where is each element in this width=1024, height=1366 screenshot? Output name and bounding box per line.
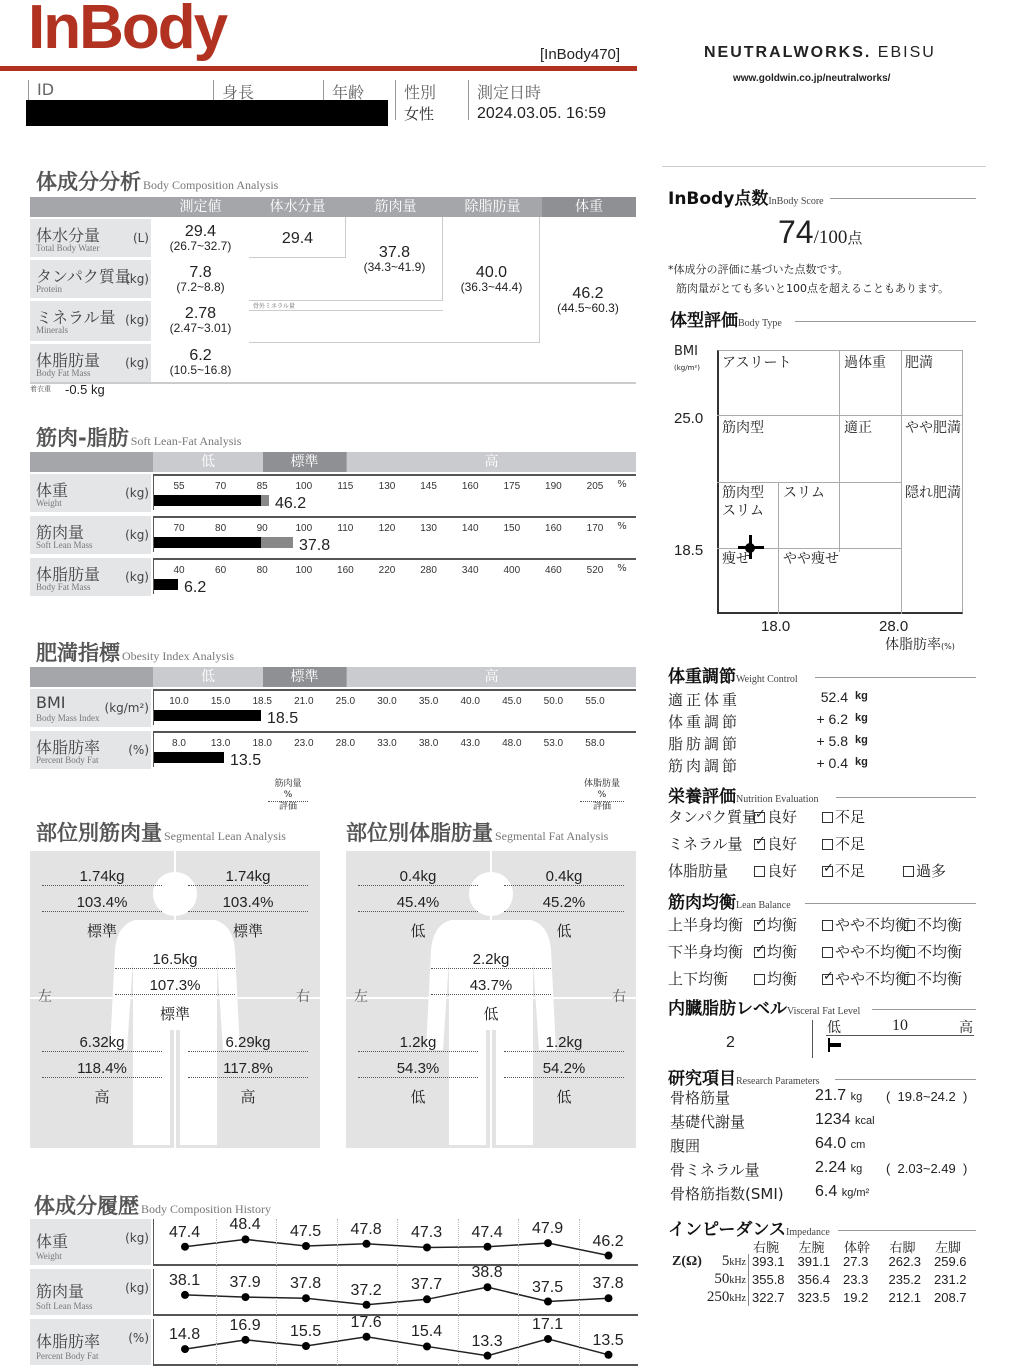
datetime-field: 測定日時2024.03.05. 16:59 bbox=[468, 80, 638, 120]
seg-la-kg: 1.74kg bbox=[42, 868, 162, 886]
history-point-label: 13.5 bbox=[593, 1332, 624, 1350]
tick-label: 18.5 bbox=[252, 696, 271, 707]
balance-title: 筋肉均衡Lean Balance bbox=[668, 888, 791, 913]
bca-title: 体成分分析Body Composition Analysis bbox=[36, 166, 278, 196]
seg-rl-kg: 6.29kg bbox=[188, 1034, 308, 1052]
device-model: [InBody470] bbox=[540, 46, 620, 63]
checkbox-icon bbox=[754, 866, 765, 877]
tick-label: 18.0 bbox=[252, 738, 271, 749]
clothes-label: 着衣重 bbox=[30, 384, 51, 394]
seg-rl-pct: 54.2% bbox=[504, 1060, 624, 1078]
band-low: 低 bbox=[153, 452, 263, 472]
history-point-label: 38.1 bbox=[169, 1272, 200, 1290]
history-point-label: 14.8 bbox=[169, 1326, 200, 1344]
bar-value: 37.8 bbox=[299, 537, 330, 555]
tick-label: 130 bbox=[379, 481, 396, 492]
checkbox-icon bbox=[904, 920, 915, 931]
visceral-value: 2 bbox=[726, 1034, 735, 1052]
history-point-label: 15.5 bbox=[290, 1323, 321, 1341]
seg-rl-kg: 1.2kg bbox=[504, 1034, 624, 1052]
checkbox-icon bbox=[904, 947, 915, 958]
impedance-value: 23.3 bbox=[843, 1272, 868, 1287]
tick-label: 13.0 bbox=[211, 738, 230, 749]
tick-label: 58.0 bbox=[585, 738, 604, 749]
research-value: 21.7 kg bbox=[815, 1087, 862, 1105]
tick-label: 48.0 bbox=[502, 738, 521, 749]
protein-value: 7.8(7.2~8.8) bbox=[153, 265, 248, 295]
obesity-title: 肥満指標Obesity Index Analysis bbox=[36, 637, 234, 667]
impedance-value: 212.1 bbox=[889, 1290, 922, 1305]
tick-label: 43.0 bbox=[460, 738, 479, 749]
balance-checkbox[interactable]: 不均衡 bbox=[904, 941, 962, 962]
research-value: 1234 kcal bbox=[815, 1111, 875, 1129]
history-point-label: 47.4 bbox=[169, 1224, 200, 1242]
nutrition-label: 体脂肪量 bbox=[668, 860, 728, 881]
bodytype-cell: 肥満 bbox=[905, 354, 933, 372]
tick-label: 38.0 bbox=[419, 738, 438, 749]
weight-col-value: 46.2(44.5~60.3) bbox=[540, 286, 636, 316]
tick-label: 70 bbox=[215, 481, 226, 492]
bodytype-cell: 隠れ肥満 bbox=[905, 484, 961, 502]
seg-tr-pct: 107.3% bbox=[115, 977, 235, 995]
history-point-label: 17.6 bbox=[351, 1314, 382, 1332]
tbw-value: 29.4(26.7~32.7) bbox=[153, 224, 248, 254]
seg-ra-eval: 低 bbox=[504, 920, 624, 941]
tick-label: 28.0 bbox=[336, 738, 355, 749]
tick-label: 85 bbox=[257, 481, 268, 492]
freq-label: 50kHz bbox=[690, 1271, 746, 1288]
bodytype-cell: 筋肉型 bbox=[722, 419, 764, 437]
wc-label: 筋肉調節 bbox=[668, 755, 740, 776]
history-row-label: 体重Weight(kg) bbox=[30, 1219, 151, 1265]
checkbox-icon bbox=[822, 839, 833, 850]
history-point-label: 15.4 bbox=[411, 1323, 442, 1341]
nutrition-label: ミネラル量 bbox=[668, 833, 743, 854]
history-point-label: 37.5 bbox=[532, 1279, 563, 1297]
checkbox-icon bbox=[904, 974, 915, 985]
clothes-value: -0.5 kg bbox=[65, 382, 105, 397]
history-point-label: 13.3 bbox=[472, 1333, 503, 1351]
impedance-value: 27.3 bbox=[843, 1254, 868, 1269]
balance-label: 上半身均衡 bbox=[668, 914, 743, 935]
seg-la-eval: 標準 bbox=[42, 920, 162, 941]
left-label: 左 bbox=[38, 986, 52, 1006]
tick-label: 460 bbox=[545, 565, 562, 576]
tick-label: 90 bbox=[257, 523, 268, 534]
wc-label: 適正体重 bbox=[668, 689, 740, 710]
history-point-label: 37.7 bbox=[411, 1276, 442, 1294]
research-label: 基礎代謝量 bbox=[670, 1111, 745, 1132]
bca-row-minerals: ミネラル量Minerals(kg) bbox=[30, 301, 151, 341]
band-high: 高 bbox=[347, 667, 636, 687]
bar-value: 6.2 bbox=[184, 579, 206, 597]
tick-label: 120 bbox=[379, 523, 396, 534]
research-label: 腹囲 bbox=[670, 1135, 700, 1156]
header-divider bbox=[0, 66, 637, 71]
tick-label: 21.0 bbox=[294, 696, 313, 707]
bmi-axis-label: BMI bbox=[674, 344, 698, 359]
seg-ll-eval: 低 bbox=[358, 1086, 478, 1107]
checkbox-icon bbox=[754, 974, 765, 985]
brand-name: NEUTRALWORKS. EBISU bbox=[704, 44, 936, 62]
col-measured: 測定値 bbox=[153, 197, 248, 217]
seg-ll-eval: 高 bbox=[42, 1086, 162, 1107]
gender-field: 性別女性 bbox=[395, 80, 467, 120]
seg-rl-eval: 低 bbox=[504, 1086, 624, 1107]
history-point-label: 37.8 bbox=[290, 1275, 321, 1293]
band-normal: 標準 bbox=[263, 452, 346, 472]
obesity-row-label: 体脂肪率Percent Body Fat(%) bbox=[30, 731, 151, 769]
band-high: 高 bbox=[347, 452, 636, 472]
tick-label: 100 bbox=[295, 565, 312, 576]
impedance-value: 355.8 bbox=[752, 1272, 785, 1287]
balance-label: 上下均衡 bbox=[668, 968, 728, 989]
bca-row-tbw: 体水分量Total Body Water(L) bbox=[30, 219, 151, 257]
checkbox-icon bbox=[822, 947, 833, 958]
nutrition-checkbox[interactable]: 良好 bbox=[754, 860, 797, 881]
band-normal: 標準 bbox=[263, 667, 346, 687]
research-value: 6.4 kg/m² bbox=[815, 1183, 869, 1201]
tick-label: 340 bbox=[462, 565, 479, 576]
bodytype-cell: アスリート bbox=[722, 354, 791, 372]
bodytype-cell: 筋肉型 スリム bbox=[722, 484, 764, 520]
slf-row-label: 筋肉量Soft Lean Mass(kg) bbox=[30, 516, 151, 554]
nutrition-checkbox[interactable]: 不足 bbox=[822, 806, 865, 827]
research-title: 研究項目Research Parameters bbox=[668, 1064, 820, 1089]
value-bar bbox=[154, 710, 261, 721]
balance-checkbox[interactable]: 均衡 bbox=[754, 968, 797, 989]
balance-checkbox[interactable]: 不均衡 bbox=[904, 914, 962, 935]
seg-rl-pct: 117.8% bbox=[188, 1060, 308, 1078]
research-label: 骨格筋量 bbox=[670, 1087, 730, 1108]
checkbox-icon bbox=[903, 866, 914, 877]
col-ffm: 除脂肪量 bbox=[445, 197, 540, 217]
obesity-row-label: BMIBody Mass Index(kg/m²) bbox=[30, 689, 151, 727]
tick-label: 190 bbox=[545, 481, 562, 492]
value-bar bbox=[154, 495, 261, 506]
fat-value: 6.2(10.5~16.8) bbox=[153, 348, 248, 378]
impedance-value: 391.1 bbox=[798, 1254, 831, 1269]
bar-value: 13.5 bbox=[230, 752, 261, 770]
tick-label: 40.0 bbox=[460, 696, 479, 707]
tick-label: 33.0 bbox=[377, 738, 396, 749]
impedance-value: 231.2 bbox=[934, 1272, 967, 1287]
bodytype-title: 体型評価Body Type bbox=[670, 306, 782, 331]
history-point-label: 38.8 bbox=[472, 1264, 503, 1282]
bodytype-cell: スリム bbox=[783, 484, 825, 502]
impedance-value: 356.4 bbox=[798, 1272, 831, 1287]
bodytype-cell: 適正 bbox=[844, 419, 872, 437]
balance-checkbox[interactable]: 均衡 bbox=[754, 941, 797, 962]
bodyfat-axis-label: 体脂肪率(%) bbox=[885, 634, 955, 654]
right-label: 右 bbox=[612, 986, 626, 1006]
history-point-label: 48.4 bbox=[230, 1216, 261, 1234]
seg-ll-kg: 6.32kg bbox=[42, 1034, 162, 1052]
seg-la-eval: 低 bbox=[358, 920, 478, 941]
tick-label: 400 bbox=[503, 565, 520, 576]
seg-ra-pct: 45.2% bbox=[504, 894, 624, 912]
tick-label: 150 bbox=[503, 523, 520, 534]
research-label: 骨ミネラル量 bbox=[670, 1159, 760, 1180]
minerals-value: 2.78(2.47~3.01) bbox=[153, 306, 248, 336]
freq-label: 250kHz bbox=[690, 1289, 746, 1306]
seg-fat-title: 部位別体脂肪量Segmental Fat Analysis bbox=[346, 817, 608, 847]
bar-value: 46.2 bbox=[275, 495, 306, 513]
seg-tr-kg: 16.5kg bbox=[115, 951, 235, 969]
tick-label: 50.0 bbox=[544, 696, 563, 707]
weight_control-title: 体重調節Weight Control bbox=[668, 662, 798, 687]
bca-row-protein: タンパク質量Protein(kg) bbox=[30, 260, 151, 298]
history-point-label: 17.1 bbox=[532, 1316, 563, 1334]
tick-label: 115 bbox=[337, 481, 353, 492]
impedance-value: 393.1 bbox=[752, 1254, 785, 1269]
checkbox-icon bbox=[754, 920, 765, 931]
checkbox-icon bbox=[822, 812, 833, 823]
ffm-col-value: 40.0(36.3~44.4) bbox=[443, 265, 540, 295]
tick-label: 280 bbox=[420, 565, 437, 576]
tick-label: 80 bbox=[257, 565, 268, 576]
obesity-header: 低 標準 高 bbox=[30, 667, 636, 687]
checkbox-icon bbox=[754, 947, 765, 958]
tick-label: 100 bbox=[295, 523, 312, 534]
col-tbw: 体水分量 bbox=[250, 197, 345, 217]
tick-label: 520 bbox=[587, 565, 604, 576]
bodytype-cell: やや痩せ bbox=[783, 550, 839, 568]
tick-label: 15.0 bbox=[211, 696, 230, 707]
checkbox-icon bbox=[822, 920, 833, 931]
tick-label: 35.0 bbox=[419, 696, 438, 707]
tick-label: 40 bbox=[173, 565, 184, 576]
col-slm: 筋肉量 bbox=[348, 197, 443, 217]
seg-la-pct: 103.4% bbox=[42, 894, 162, 912]
tick-label: 175 bbox=[503, 481, 520, 492]
slf-row-label: 体脂肪量Body Fat Mass(kg) bbox=[30, 558, 151, 596]
history-point-label: 47.3 bbox=[411, 1224, 442, 1242]
nutrition-checkbox[interactable]: 良好 bbox=[754, 833, 797, 854]
seg-tr-kg: 2.2kg bbox=[431, 951, 551, 969]
visceral-title: 内臓脂肪レベルVisceral Fat Level bbox=[668, 994, 860, 1019]
tick-label: 100 bbox=[295, 481, 312, 492]
seg-ra-pct: 103.4% bbox=[188, 894, 308, 912]
seg-ra-kg: 0.4kg bbox=[504, 868, 624, 886]
score-title: InBody点数InBody Score bbox=[668, 184, 824, 209]
history-point-label: 47.5 bbox=[290, 1223, 321, 1241]
tick-label: 55.0 bbox=[585, 696, 604, 707]
inbody-logo: InBody bbox=[28, 0, 226, 63]
wc-value: 52.4 bbox=[780, 689, 848, 705]
research-value: 2.24 kg bbox=[815, 1159, 862, 1177]
wc-value: + 0.4 bbox=[780, 755, 848, 771]
nutrition-checkbox[interactable]: 不足 bbox=[822, 860, 865, 881]
tick-label: 140 bbox=[462, 523, 479, 534]
seg-rl-eval: 高 bbox=[188, 1086, 308, 1107]
brand-url: www.goldwin.co.jp/neutralworks/ bbox=[733, 73, 890, 84]
seg-tr-eval: 標準 bbox=[115, 1003, 235, 1024]
bar-value: 18.5 bbox=[267, 710, 298, 728]
bodytype-cell: 過体重 bbox=[844, 354, 886, 372]
seg-tr-pct: 43.7% bbox=[431, 977, 551, 995]
tick-label: 130 bbox=[420, 523, 437, 534]
balance-checkbox[interactable]: 均衡 bbox=[754, 914, 797, 935]
nutrition-label: タンパク質量 bbox=[668, 806, 757, 827]
tick-label: 55 bbox=[173, 481, 184, 492]
tick-label: 45.0 bbox=[502, 696, 521, 707]
slf-title: 筋肉-脂肪Soft Lean-Fat Analysis bbox=[36, 422, 241, 452]
tick-label: 80 bbox=[215, 523, 226, 534]
tick-label: 160 bbox=[462, 481, 479, 492]
tick-label: 160 bbox=[337, 565, 354, 576]
value-bar bbox=[154, 537, 261, 548]
fat-legend: 体脂肪量%評価 bbox=[580, 779, 624, 813]
tick-label: 70 bbox=[173, 523, 184, 534]
wc-label: 体重調節 bbox=[668, 711, 740, 732]
tick-label: 53.0 bbox=[544, 738, 563, 749]
slf-row-label: 体重Weight(kg) bbox=[30, 474, 151, 512]
score-value: 74/100点 bbox=[778, 214, 862, 251]
lean-legend: 筋肉量%評価 bbox=[268, 779, 308, 813]
right-label: 右 bbox=[296, 986, 310, 1006]
history-point-label: 47.4 bbox=[472, 1224, 503, 1242]
nutrition-checkbox[interactable]: 不足 bbox=[822, 833, 865, 854]
tick-label: 30.0 bbox=[377, 696, 396, 707]
tick-label: 23.0 bbox=[294, 738, 313, 749]
wc-value: + 6.2 bbox=[780, 711, 848, 727]
redacted-block bbox=[26, 100, 388, 126]
history-row-label: 体脂肪率Percent Body Fat(%) bbox=[30, 1319, 151, 1365]
impedance-value: 208.7 bbox=[934, 1290, 967, 1305]
nutrition-checkbox[interactable]: 過多 bbox=[903, 860, 946, 881]
research-label: 骨格筋指数(SMI) bbox=[670, 1183, 784, 1204]
seg-lean-title: 部位別筋肉量Segmental Lean Analysis bbox=[36, 817, 286, 847]
wc-value: + 5.8 bbox=[780, 733, 848, 749]
left-label: 左 bbox=[354, 986, 368, 1006]
bca-header: 測定値 体水分量 筋肉量 除脂肪量 体重 bbox=[30, 197, 636, 217]
history-point-label: 47.8 bbox=[351, 1221, 382, 1239]
value-bar bbox=[154, 752, 224, 763]
tick-label: 160 bbox=[545, 523, 562, 534]
history-point-label: 47.9 bbox=[532, 1220, 563, 1238]
tick-label: 170 bbox=[587, 523, 604, 534]
tick-label: 10.0 bbox=[169, 696, 188, 707]
wc-label: 脂肪調節 bbox=[668, 733, 740, 754]
checkbox-icon bbox=[822, 974, 833, 985]
col-weight: 体重 bbox=[542, 197, 636, 217]
balance-label: 下半身均衡 bbox=[668, 941, 743, 962]
seg-ll-pct: 54.3% bbox=[358, 1060, 478, 1078]
impedance-value: 262.3 bbox=[889, 1254, 922, 1269]
history-point-label: 37.8 bbox=[593, 1275, 624, 1293]
history-point-label: 37.9 bbox=[230, 1274, 261, 1292]
history-point-label: 46.2 bbox=[593, 1233, 624, 1251]
slf-header: 低 標準 高 bbox=[30, 452, 636, 472]
tick-label: 145 bbox=[420, 481, 437, 492]
tick-label: 8.0 bbox=[172, 738, 186, 749]
tick-label: 60 bbox=[215, 565, 226, 576]
balance-checkbox[interactable]: 不均衡 bbox=[904, 968, 962, 989]
impedance-value: 235.2 bbox=[889, 1272, 922, 1287]
seg-tr-eval: 低 bbox=[431, 1003, 551, 1024]
balance-checkbox[interactable]: やや不均衡 bbox=[822, 914, 910, 935]
nutrition-checkbox[interactable]: 良好 bbox=[754, 806, 797, 827]
tick-label: 220 bbox=[379, 565, 396, 576]
tick-label: 25.0 bbox=[336, 696, 355, 707]
tick-label: 205 bbox=[587, 481, 604, 492]
research-value: 64.0 cm bbox=[815, 1135, 865, 1153]
history-point-label: 37.2 bbox=[351, 1282, 382, 1300]
score-note: *体成分の評価に基づいた点数です。筋肉量がとても多いと100点を超えることもあり… bbox=[668, 260, 949, 298]
seg-ll-kg: 1.2kg bbox=[358, 1034, 478, 1052]
seg-ra-kg: 1.74kg bbox=[188, 868, 308, 886]
checkbox-icon bbox=[822, 866, 833, 877]
bodytype-cell: やや肥満 bbox=[905, 419, 961, 437]
balance-checkbox[interactable]: やや不均衡 bbox=[822, 941, 910, 962]
history-point-label: 16.9 bbox=[230, 1317, 261, 1335]
freq-label: 5kHz bbox=[690, 1253, 746, 1270]
seg-ra-eval: 標準 bbox=[188, 920, 308, 941]
seg-ll-pct: 118.4% bbox=[42, 1060, 162, 1078]
impedance-value: 19.2 bbox=[843, 1290, 868, 1305]
value-bar bbox=[154, 579, 178, 590]
nutrition-title: 栄養評価Nutrition Evaluation bbox=[668, 782, 819, 807]
bca-row-fat: 体脂肪量Body Fat Mass(kg) bbox=[30, 344, 151, 382]
checkbox-icon bbox=[754, 812, 765, 823]
history-row-label: 筋肉量Soft Lean Mass(kg) bbox=[30, 1269, 151, 1315]
seg-la-kg: 0.4kg bbox=[358, 868, 478, 886]
impedance-value: 322.7 bbox=[752, 1290, 785, 1305]
checkbox-icon bbox=[754, 839, 765, 850]
band-low: 低 bbox=[153, 667, 263, 687]
impedance-value: 323.5 bbox=[798, 1290, 831, 1305]
bodytype-cell: 痩せ bbox=[722, 550, 750, 568]
balance-checkbox[interactable]: やや不均衡 bbox=[822, 968, 910, 989]
tick-label: 110 bbox=[337, 523, 353, 534]
impedance-value: 259.6 bbox=[934, 1254, 967, 1269]
seg-la-pct: 45.4% bbox=[358, 894, 478, 912]
